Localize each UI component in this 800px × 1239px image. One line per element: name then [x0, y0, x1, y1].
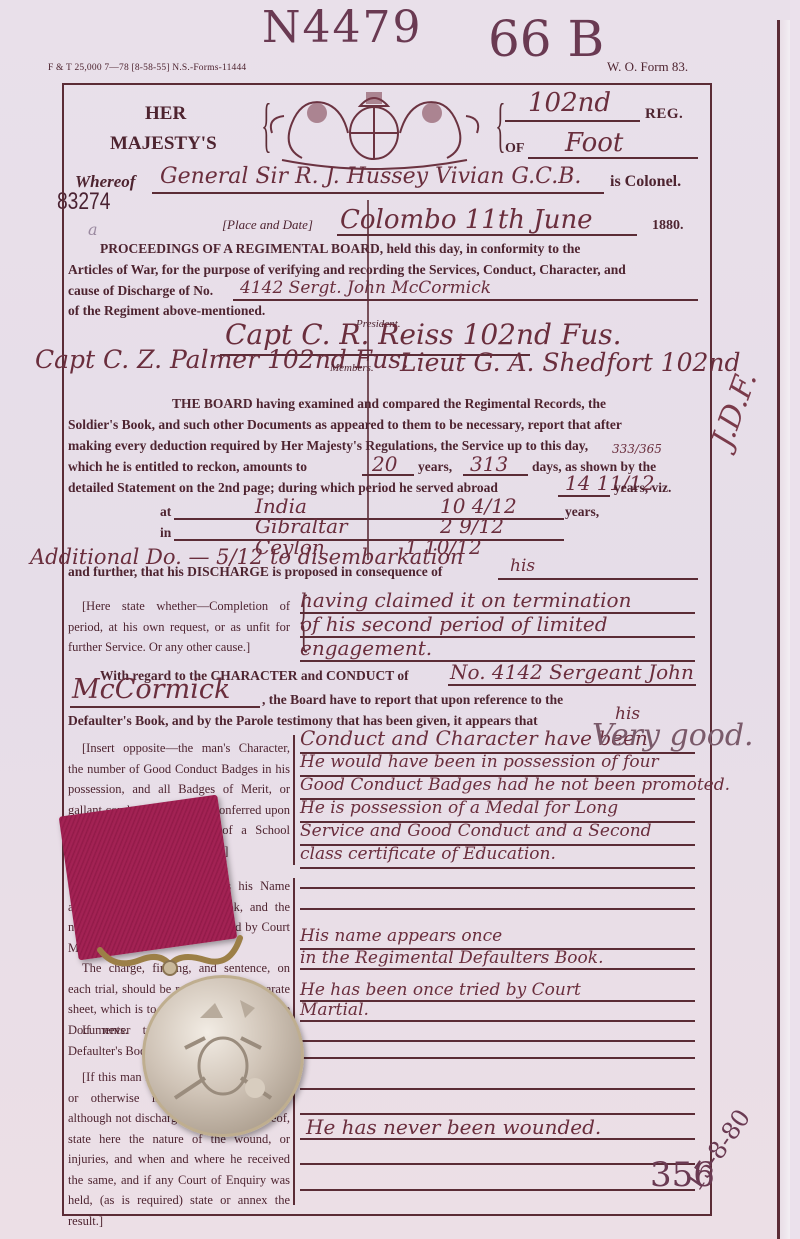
colonel-rule	[152, 192, 604, 194]
defaulter-rule-2	[300, 908, 695, 910]
title-majestys: MAJESTY'S	[110, 133, 217, 155]
service-line-4: which he is entitled to reckon, amounts …	[68, 459, 307, 475]
abroad-rule	[558, 495, 610, 497]
discharge-line: and further, that his DISCHARGE is propo…	[68, 564, 442, 580]
royal-coat-of-arms-icon	[262, 88, 487, 170]
register-number: N4479	[262, 2, 422, 53]
defaulter-rule-7	[300, 1040, 695, 1042]
station-2-rule	[174, 539, 564, 541]
wounds-rule-5	[300, 1189, 695, 1191]
colonel-suffix: is Colonel.	[610, 173, 681, 191]
character-rule-2	[70, 706, 260, 708]
place-date-label: [Place and Date]	[222, 217, 313, 233]
regiment-label: REG.	[645, 106, 683, 123]
character-brace	[293, 735, 295, 865]
regiment-rule	[505, 120, 640, 122]
file-mark: 66 B	[488, 10, 604, 68]
days-rule	[463, 474, 528, 476]
soldier-rule	[233, 299, 698, 301]
discharge-reason-3: engagement.	[300, 636, 432, 660]
proceedings-line-1: PROCEEDINGS OF A REGIMENTAL BOARD, held …	[100, 241, 580, 257]
margin-initials: J.D.F.	[705, 367, 764, 452]
colonel-value: General Sir R. J. Hussey Vivian G.C.B.	[160, 164, 581, 189]
character-surname: McCormick	[72, 674, 230, 705]
service-years: 20	[372, 452, 397, 476]
discharge-instruction: [Here state whether—Completion of period…	[68, 596, 290, 658]
proceedings-line-2: Articles of War, for the purpose of veri…	[68, 262, 626, 278]
proceedings-line-3: cause of Discharge of No.	[68, 283, 213, 299]
header-brace-right: {	[495, 95, 505, 155]
year: 1880.	[652, 218, 684, 234]
regiment-number: 102nd	[528, 88, 611, 118]
station-1-prep: at	[160, 504, 171, 520]
document-page: F & T 25,000 7—78 [8-58-55] N.S.-Forms-1…	[0, 0, 790, 1239]
medal-suspender-icon	[95, 930, 245, 980]
of-rule	[528, 157, 698, 159]
soldier-identity: 4142 Sergt. John McCormick	[240, 278, 491, 298]
station-1-suffix: years,	[565, 504, 599, 520]
service-line-1: THE BOARD having examined and compared t…	[172, 396, 606, 412]
place-date-rule	[337, 234, 637, 236]
service-line-2: Soldier's Book, and such other Documents…	[68, 417, 622, 433]
of-label: OF	[505, 141, 524, 157]
medal-disc	[142, 975, 304, 1137]
wounds-rule-3	[300, 1138, 695, 1140]
discharge-line-value: his	[510, 556, 535, 576]
years-label: years,	[418, 459, 452, 475]
character-line-2: , the Board have to report that upon ref…	[262, 692, 563, 708]
proceedings-line-4: of the Regiment above-mentioned.	[68, 303, 265, 319]
discharge-reason-2: of his second period of limited	[300, 612, 608, 636]
defaulter-rule-8	[300, 1057, 695, 1059]
wounds-rule-1	[300, 1088, 695, 1090]
place-date-value: Colombo 11th June	[340, 205, 593, 235]
defaulter-rule-4	[300, 968, 695, 970]
defaulter-entry-3: He has been once tried by Court	[300, 980, 581, 1000]
of-value: Foot	[565, 128, 623, 158]
character-remark-6: class certificate of Education.	[300, 844, 556, 864]
character-remark-5: Service and Good Conduct and a Second	[300, 821, 652, 841]
service-line-3: making every deduction required by Her M…	[68, 438, 588, 454]
medal-arms-icon	[145, 978, 301, 1134]
member-2-name: Lieut G. A. Shedfort 102nd	[400, 348, 741, 377]
days-fraction: 333/365	[612, 442, 662, 456]
service-days: 313	[470, 452, 508, 476]
character-soldier: No. 4142 Sergeant John	[450, 660, 694, 684]
abroad-label: years, viz.	[614, 480, 671, 496]
discharge-reason-1: having claimed it on termination	[300, 588, 631, 612]
station-2-prep: in	[160, 525, 171, 541]
character-rating: Very good.	[592, 718, 754, 753]
fold-crease	[367, 200, 369, 560]
wounds-rule-4	[300, 1163, 695, 1165]
remark-rule-6	[300, 867, 695, 869]
form-code: F & T 25,000 7—78 [8-58-55] N.S.-Forms-1…	[48, 63, 246, 73]
character-remark-2: He would have been in possession of four	[300, 752, 659, 772]
character-remark-3: Good Conduct Badges had he not been prom…	[300, 775, 730, 795]
page-edge	[777, 20, 790, 1239]
defaulter-rule-6	[300, 1020, 695, 1022]
defaulter-rule-1	[300, 887, 695, 889]
defaulter-entry-4: Martial.	[300, 1000, 369, 1020]
discharge-rule	[498, 578, 698, 580]
wounds-entry: He has never been wounded.	[306, 1115, 601, 1139]
years-rule	[362, 474, 414, 476]
form-name: W. O. Form 83.	[607, 59, 688, 75]
whereof-label: Whereof	[75, 172, 135, 192]
character-remark-4: He is possession of a Medal for Long	[300, 798, 618, 818]
defaulter-entry-1: His name appears once	[300, 926, 502, 946]
defaulter-entry-2: in the Regimental Defaulters Book.	[300, 948, 603, 968]
character-rule-1	[448, 684, 696, 686]
station-1-rule	[174, 518, 564, 520]
title-her: HER	[145, 103, 186, 125]
